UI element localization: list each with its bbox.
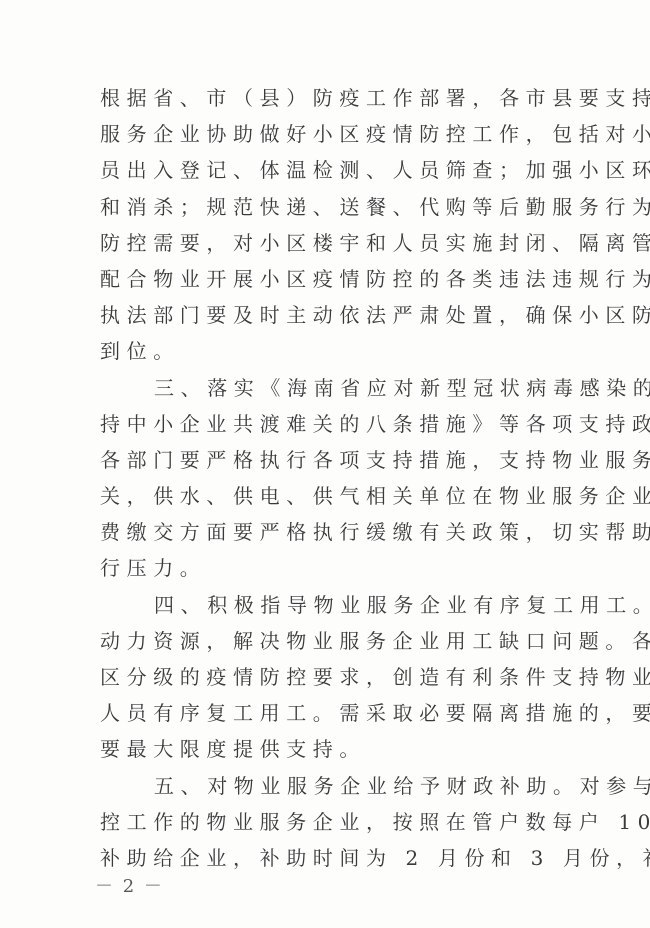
- text-line: 动力资源，解决物业服务企业用工缺口问题。各市县按照分: [100, 623, 566, 659]
- text-line: 员出入登记、体温检测、人员筛查；加强小区环境卫生管理: [100, 152, 566, 188]
- text-line: 各部门要严格执行各项支持措施，支持物业服务企业共渡难: [100, 442, 566, 478]
- paragraph-continued: 根据省、市（县）防疫工作部署，各市县要支持和指导物业 服务企业协助做好小区疫情防…: [100, 80, 566, 370]
- text-line-first: 五、对物业服务企业给予财政补助。对参与属地疫情防: [100, 768, 566, 804]
- text-line: 要最大限度提供支持。: [100, 731, 566, 767]
- text-line: 补助给企业，补助时间为 2 月份和 3 月份，补助资金由省级: [100, 840, 566, 876]
- text-line: 根据省、市（县）防疫工作部署，各市县要支持和指导物业: [100, 80, 566, 116]
- text-line-first: 三、落实《海南省应对新型冠状病毒感染的肺炎疫情支: [100, 370, 566, 406]
- text-line: 持中小企业共渡难关的八条措施》等各项支持政策。各市县、: [100, 406, 566, 442]
- text-line-first: 四、积极指导物业服务企业有序复工用工。挖掘本省劳: [100, 587, 566, 623]
- text-line: 服务企业协助做好小区疫情防控工作，包括对小区车辆、人: [100, 116, 566, 152]
- text-line: 区分级的疫情防控要求，创造有利条件支持物业服务企业和: [100, 659, 566, 695]
- text-line: 执法部门要及时主动依法严肃处置，确保小区防控措施落实: [100, 297, 566, 333]
- text-line: 到位。: [100, 333, 566, 369]
- text-line: 费缴交方面要严格执行缓缴有关政策，切实帮助企业缓解运: [100, 514, 566, 550]
- text-line: 行压力。: [100, 550, 566, 586]
- paragraph-item-five: 五、对物业服务企业给予财政补助。对参与属地疫情防 控工作的物业服务企业，按照在管…: [100, 768, 566, 877]
- text-line: 和消杀；规范快递、送餐、代购等后勤服务行为；根据疫情: [100, 189, 566, 225]
- text-line: 防控需要，对小区楼宇和人员实施封闭、隔离管理等。对不: [100, 225, 566, 261]
- page-number: － 2 －: [95, 872, 164, 898]
- paragraph-item-four: 四、积极指导物业服务企业有序复工用工。挖掘本省劳 动力资源，解决物业服务企业用工…: [100, 587, 566, 768]
- document-page: 根据省、市（县）防疫工作部署，各市县要支持和指导物业 服务企业协助做好小区疫情防…: [0, 0, 650, 928]
- paragraph-item-three: 三、落实《海南省应对新型冠状病毒感染的肺炎疫情支 持中小企业共渡难关的八条措施》…: [100, 370, 566, 587]
- text-line: 人员有序复工用工。需采取必要隔离措施的，要根据企业需: [100, 695, 566, 731]
- text-line: 关，供水、供电、供气相关单位在物业服务企业水、电、气: [100, 478, 566, 514]
- text-line: 控工作的物业服务企业，按照在管户数每户 10 元/月的标准: [100, 804, 566, 840]
- text-line: 配合物业开展小区疫情防控的各类违法违规行为，政府相关: [100, 261, 566, 297]
- document-body: 根据省、市（县）防疫工作部署，各市县要支持和指导物业 服务企业协助做好小区疫情防…: [100, 80, 566, 876]
